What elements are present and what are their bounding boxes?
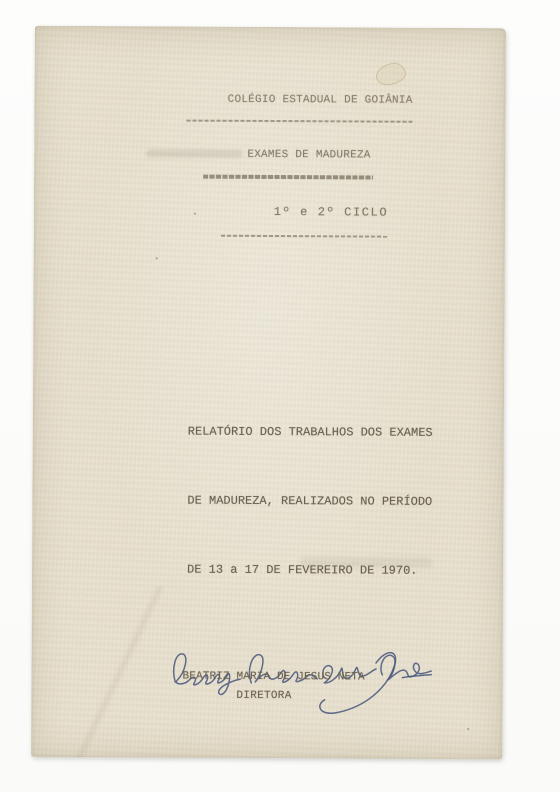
report-statement: RELATÓRIO DOS TRABALHOS DOS EXAMES DE MA…	[187, 375, 433, 629]
institution-heading-text: COLÉGIO ESTADUAL DE GOIÂNIA	[228, 94, 413, 107]
handwritten-signature	[168, 638, 435, 742]
paper-speck	[467, 728, 469, 730]
signer-role: DIRETORA	[236, 690, 291, 702]
cycle-subtitle-text: 1º e 2º CICLO	[274, 205, 388, 220]
signer-typed-name: BEATRIZ MARIA DE JESUS NETA	[182, 671, 364, 684]
cycle-underline	[221, 235, 388, 238]
report-line: DE 13 a 17 DE FEVEREIRO DE 1970.	[187, 559, 432, 583]
scan-background: COLÉGIO ESTADUAL DE GOIÂNIA EXAMES DE MA…	[0, 0, 560, 792]
report-line: DE MADUREZA, REALIZADOS NO PERÍODO	[187, 490, 432, 514]
exam-title-underline	[203, 175, 373, 180]
exam-title-text: EXAMES DE MADUREZA	[247, 149, 370, 162]
cycle-subtitle: 1º e 2º CICLO	[221, 191, 389, 266]
heading-underline	[186, 120, 412, 123]
paper-speck	[194, 213, 196, 215]
document-page: COLÉGIO ESTADUAL DE GOIÂNIA EXAMES DE MA…	[31, 26, 506, 759]
paper-speck	[156, 257, 158, 259]
report-line: RELATÓRIO DOS TRABALHOS DOS EXAMES	[188, 421, 433, 445]
